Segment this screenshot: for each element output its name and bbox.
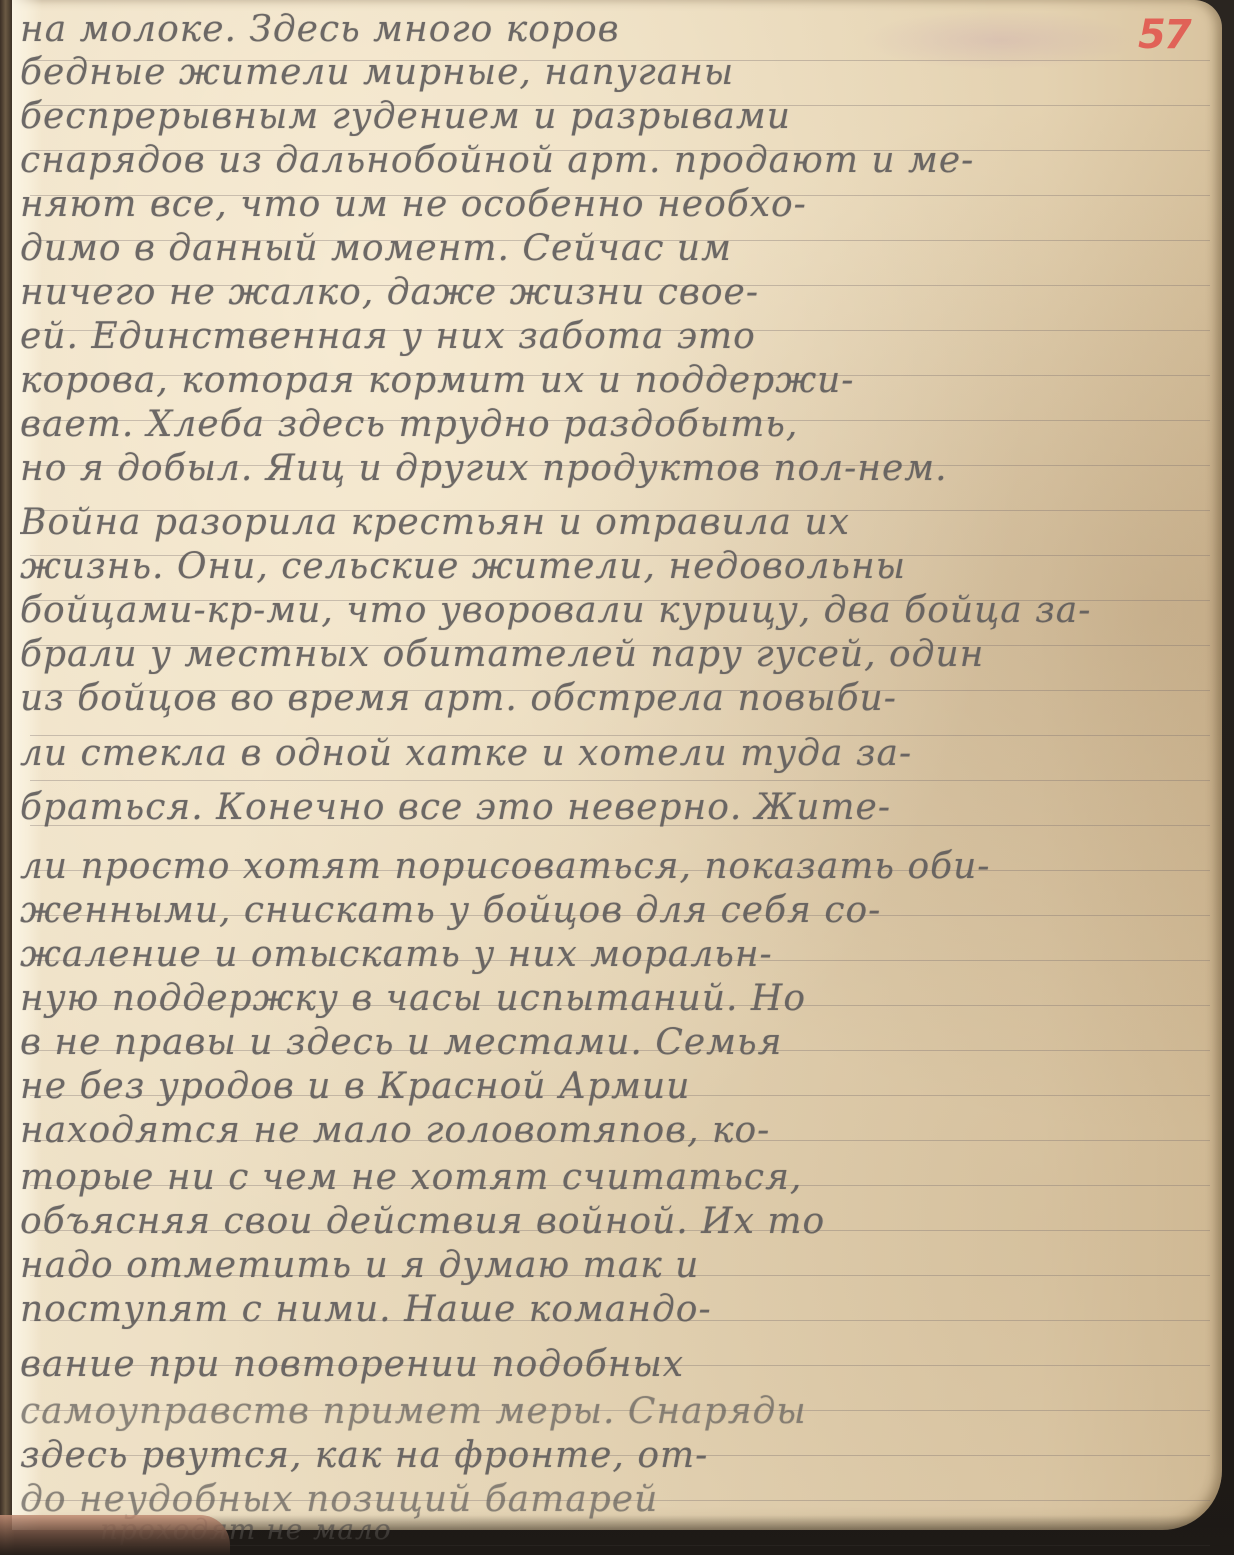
text-line: в не правы и здесь и местами. Семья — [20, 1023, 1220, 1063]
text-line: но я добыл. Яиц и других продуктов пол-н… — [20, 449, 1220, 489]
text-line: поступят с ними. Наше командо- — [20, 1290, 1220, 1330]
text-line: корова, которая кормит их и поддержи- — [20, 361, 1220, 401]
text-line: брали у местных обитателей пару гусей, о… — [20, 635, 1220, 675]
text-line: бойцами-кр-ми, что уворовали курицу, два… — [20, 591, 1220, 631]
text-line: ничего не жалко, даже жизни свое- — [20, 273, 1220, 313]
text-line: из бойцов во время арт. обстрела повыби- — [20, 679, 1220, 719]
text-line: няют все, что им не особенно необхо- — [20, 185, 1220, 225]
bottom-shadow — [0, 1515, 1234, 1555]
text-line: женными, снискать у бойцов для себя со- — [20, 891, 1220, 931]
text-line: ей. Единственная у них забота это — [20, 317, 1220, 357]
text-line: Война разорила крестьян и отравила их — [20, 503, 1220, 543]
text-line: самоуправств примет меры. Снаряды — [20, 1392, 1220, 1432]
text-line: не без уродов и в Красной Армии — [20, 1067, 1220, 1107]
text-line: браться. Конечно все это неверно. Жите- — [20, 788, 1220, 828]
text-line: жизнь. Они, сельские жители, недовольны — [20, 547, 1220, 587]
text-line: ли просто хотят порисоваться, показать о… — [20, 847, 1220, 887]
text-line: на молоке. Здесь много коров — [20, 10, 1220, 50]
text-line: ли стекла в одной хатке и хотели туда за… — [20, 734, 1220, 774]
text-line: торые ни с чем не хотят считаться, — [20, 1158, 1220, 1198]
text-line: снарядов из дальнобойной арт. продают и … — [20, 141, 1220, 181]
text-line: вание при повторении подобных — [20, 1345, 1220, 1385]
text-line: объясняя свои действия войной. Их то — [20, 1202, 1220, 1242]
text-line: бедные жители мирные, напуганы — [20, 53, 1220, 93]
text-line: находятся не мало головотяпов, ко- — [20, 1111, 1220, 1151]
text-line: беспрерывным гудением и разрывами — [20, 97, 1220, 137]
text-line: ную поддержку в часы испытаний. Но — [20, 979, 1220, 1019]
text-line: здесь рвутся, как на фронте, от- — [20, 1436, 1220, 1476]
ruled-line — [30, 780, 1210, 781]
text-line: вает. Хлеба здесь трудно раздобыть, — [20, 405, 1220, 445]
text-line: димо в данный момент. Сейчас им — [20, 229, 1220, 269]
text-line: жаление и отыскать у них моральн- — [20, 935, 1220, 975]
text-line: надо отметить и я думаю так и — [20, 1246, 1220, 1286]
